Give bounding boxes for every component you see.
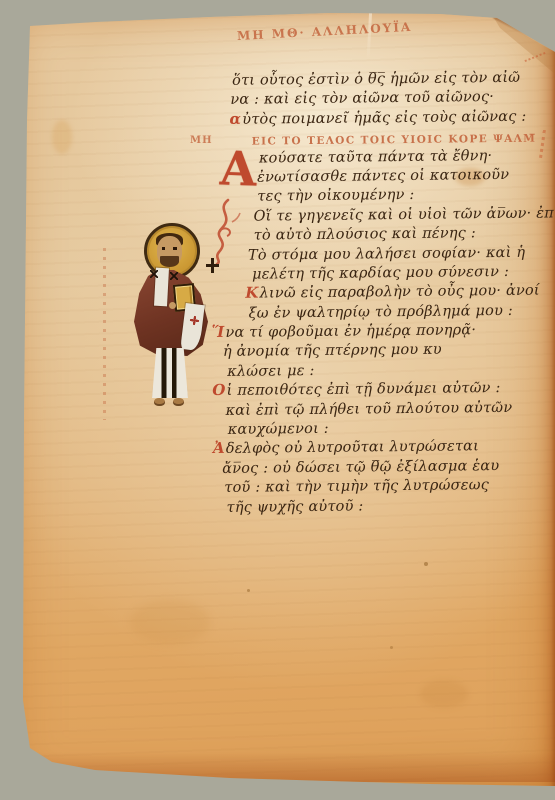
line-text: ἄν̅ος : οὐ δώσει τῷ θ̅ῷ ἐξίλασμα ἑαυ xyxy=(222,458,499,477)
line-text: ὐτὸς ποιμανεῖ ἡμᾶς εἰς τοὺς αἰῶνας : xyxy=(242,109,526,128)
line-text: ἱ πεποιθότες ἐπὶ τῇ δυνάμει αὐτῶν : xyxy=(227,380,501,399)
line-text: Οἵ τε γηγενεῖς καὶ οἱ υἱοὶ τῶν ἀν̅ων· ἐπ… xyxy=(253,205,555,224)
line-text: τοῦ : καὶ τὴν τιμὴν τῆς λυτρώσεως xyxy=(224,477,489,496)
saint-eyes xyxy=(162,247,177,250)
line-text: λινῶ εἰς παραβολὴν τὸ οὖς μου· ἀνοί xyxy=(260,283,540,302)
saint-tunic xyxy=(152,348,188,398)
manuscript-line: ἐνωτίσασθε πάντες οἱ κατοικοῦν xyxy=(256,164,552,186)
manuscript-line: ξω ἐν ψαλτηρίῳ τὸ πρόβλημά μου : xyxy=(247,300,553,323)
line-text: ἐνωτίσασθε πάντες οἱ κατοικοῦν xyxy=(257,167,509,186)
manuscript-line: τῆς ψυχῆς αὐτοῦ : xyxy=(225,494,555,517)
parchment-stain xyxy=(52,120,72,154)
saint-foot xyxy=(173,398,184,406)
manuscript-line: Οἵ τε γηγενεῖς καὶ οἱ υἱοὶ τῶν ἀν̅ων· ἐπ… xyxy=(252,203,552,226)
line-text: να τί φοβοῦμαι ἐν ἡμέρᾳ πονηρᾷ· xyxy=(225,322,476,341)
manuscript-text-column: ὅτι οὗτος ἐστὶν ὁ θ̅ς̅ ἡμῶν εἰς τὸν αἰῶ … xyxy=(215,67,555,516)
bottom-edge-darkening xyxy=(20,752,555,782)
parchment-page: ΜΗ ΜΘ· ΑΛΛΗΛΟΥΪΑ ΜΗ Α ὅτι οὗτος ἐστὶν ὁ … xyxy=(0,0,555,800)
rubric-text: ΕΙϹ ΤΟ ΤΕΛΟϹ ΤΟΙϹ ΥΙΟΙϹ ΚΟΡΕ ΨΑΛΜ̅ xyxy=(252,133,537,148)
margin-cross-icon xyxy=(206,258,219,273)
line-text: καὶ ἐπὶ τῷ πλήθει τοῦ πλούτου αὐτῶν xyxy=(225,400,512,419)
line-text: ἡ ἀνομία τῆς πτέρνης μου κυ xyxy=(223,342,442,360)
parchment-stain xyxy=(420,680,468,708)
ink-speck xyxy=(424,562,428,566)
photograph-background: ΜΗ ΜΘ· ΑΛΛΗΛΟΥΪΑ ΜΗ Α ὅτι οὗτος ἐστὶν ὁ … xyxy=(0,0,555,800)
saint-beard xyxy=(160,256,179,267)
saint-foot xyxy=(154,398,165,406)
line-text: κλώσει με : xyxy=(227,363,315,380)
omophorion-cross-icon xyxy=(170,272,178,280)
line-text: ὅτι οὗτος ἐστὶν ὁ θ̅ς̅ ἡμῶν εἰς τὸν αἰῶ xyxy=(232,70,520,89)
manuscript-line: ὅτι οὗτος ἐστὶν ὁ θ̅ς̅ ἡμῶν εἰς τὸν αἰῶ xyxy=(231,67,551,90)
line-text: μελέτη τῆς καρδίας μου σύνεσιν : xyxy=(252,264,509,283)
line-text: Τὸ στόμα μου λαλήσει σοφίαν· καὶ ἡ xyxy=(248,244,525,263)
red-initial: Ἀ xyxy=(213,439,225,457)
line-text: ξω ἐν ψαλτηρίῳ τὸ πρόβλημά μου : xyxy=(248,303,513,322)
ink-speck xyxy=(390,646,393,649)
line-text: καυχώμενοι : xyxy=(228,421,329,438)
omophorion-cross-icon xyxy=(150,270,158,278)
line-text: τὸ αὐτὸ πλούσιος καὶ πένης : xyxy=(254,225,476,243)
psalm-number-margin-note: ΜΗ xyxy=(190,135,213,146)
line-text: τες τὴν οἰκουμένην : xyxy=(257,187,414,205)
saint-miniature xyxy=(98,218,223,410)
manuscript-line: καὶ ἐπὶ τῷ πλήθει τοῦ πλούτου αὐτῶν xyxy=(224,397,554,420)
line-text: τῆς ψυχῆς αὐτοῦ : xyxy=(226,498,363,515)
line-text: δελφὸς οὐ λυτροῦται λυτρώσεται xyxy=(226,439,479,458)
ink-speck xyxy=(247,589,250,592)
red-initial: Κ xyxy=(245,284,258,302)
faint-vertical-inscription xyxy=(103,248,106,420)
psalm-title-rubric: ΕΙϹ ΤΟ ΤΕΛΟϹ ΤΟΙϹ ΥΙΟΙϹ ΚΟΡΕ ΨΑΛΜ̅ xyxy=(252,126,552,149)
parchment-stain xyxy=(130,600,210,644)
panel-cross-icon xyxy=(189,315,199,325)
running-header: ΜΗ ΜΘ· ΑΛΛΗΛΟΥΪΑ xyxy=(237,17,457,42)
line-text: να : καὶ εἰς τὸν αἰῶνα τοῦ αἰῶνος· xyxy=(230,89,494,108)
saint-hand xyxy=(169,302,176,309)
red-initial: α xyxy=(229,110,241,128)
